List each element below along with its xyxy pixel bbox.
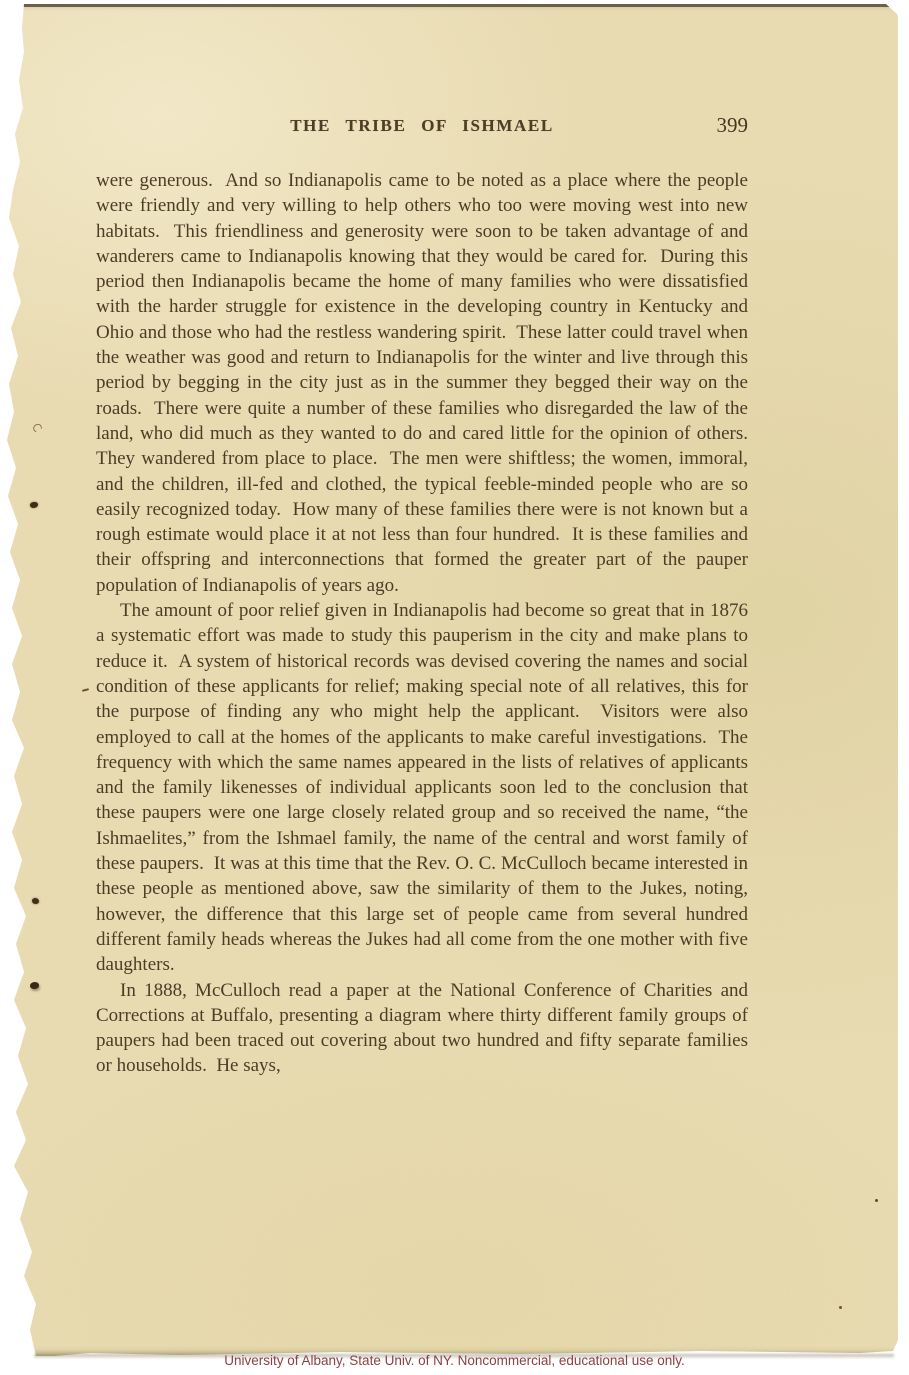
- paper-speck: [30, 982, 39, 989]
- book-page: THE TRIBE OF ISHMAEL 399 were generous. …: [0, 4, 909, 1356]
- paper-speck: [839, 1306, 842, 1309]
- paper-speck: [30, 502, 38, 508]
- page-body: were generous. And so Indianapolis came …: [96, 168, 748, 1079]
- paragraph-2: The amount of poor relief given in India…: [96, 598, 748, 977]
- paper-speck: [32, 422, 44, 433]
- page-header: THE TRIBE OF ISHMAEL 399: [96, 116, 748, 142]
- running-head-title: THE TRIBE OF ISHMAEL: [96, 116, 748, 136]
- paragraph-1: were generous. And so Indianapolis came …: [96, 168, 748, 598]
- paper-speck: [875, 1199, 878, 1202]
- scan-background: THE TRIBE OF ISHMAEL 399 were generous. …: [0, 0, 909, 1375]
- paper-speck: [32, 898, 39, 904]
- paragraph-3: In 1888, McCulloch read a paper at the N…: [96, 978, 748, 1079]
- page-number: 399: [717, 113, 749, 138]
- paper-speck: [82, 688, 89, 692]
- copyright-notice: University of Albany, State Univ. of NY.…: [0, 1353, 909, 1368]
